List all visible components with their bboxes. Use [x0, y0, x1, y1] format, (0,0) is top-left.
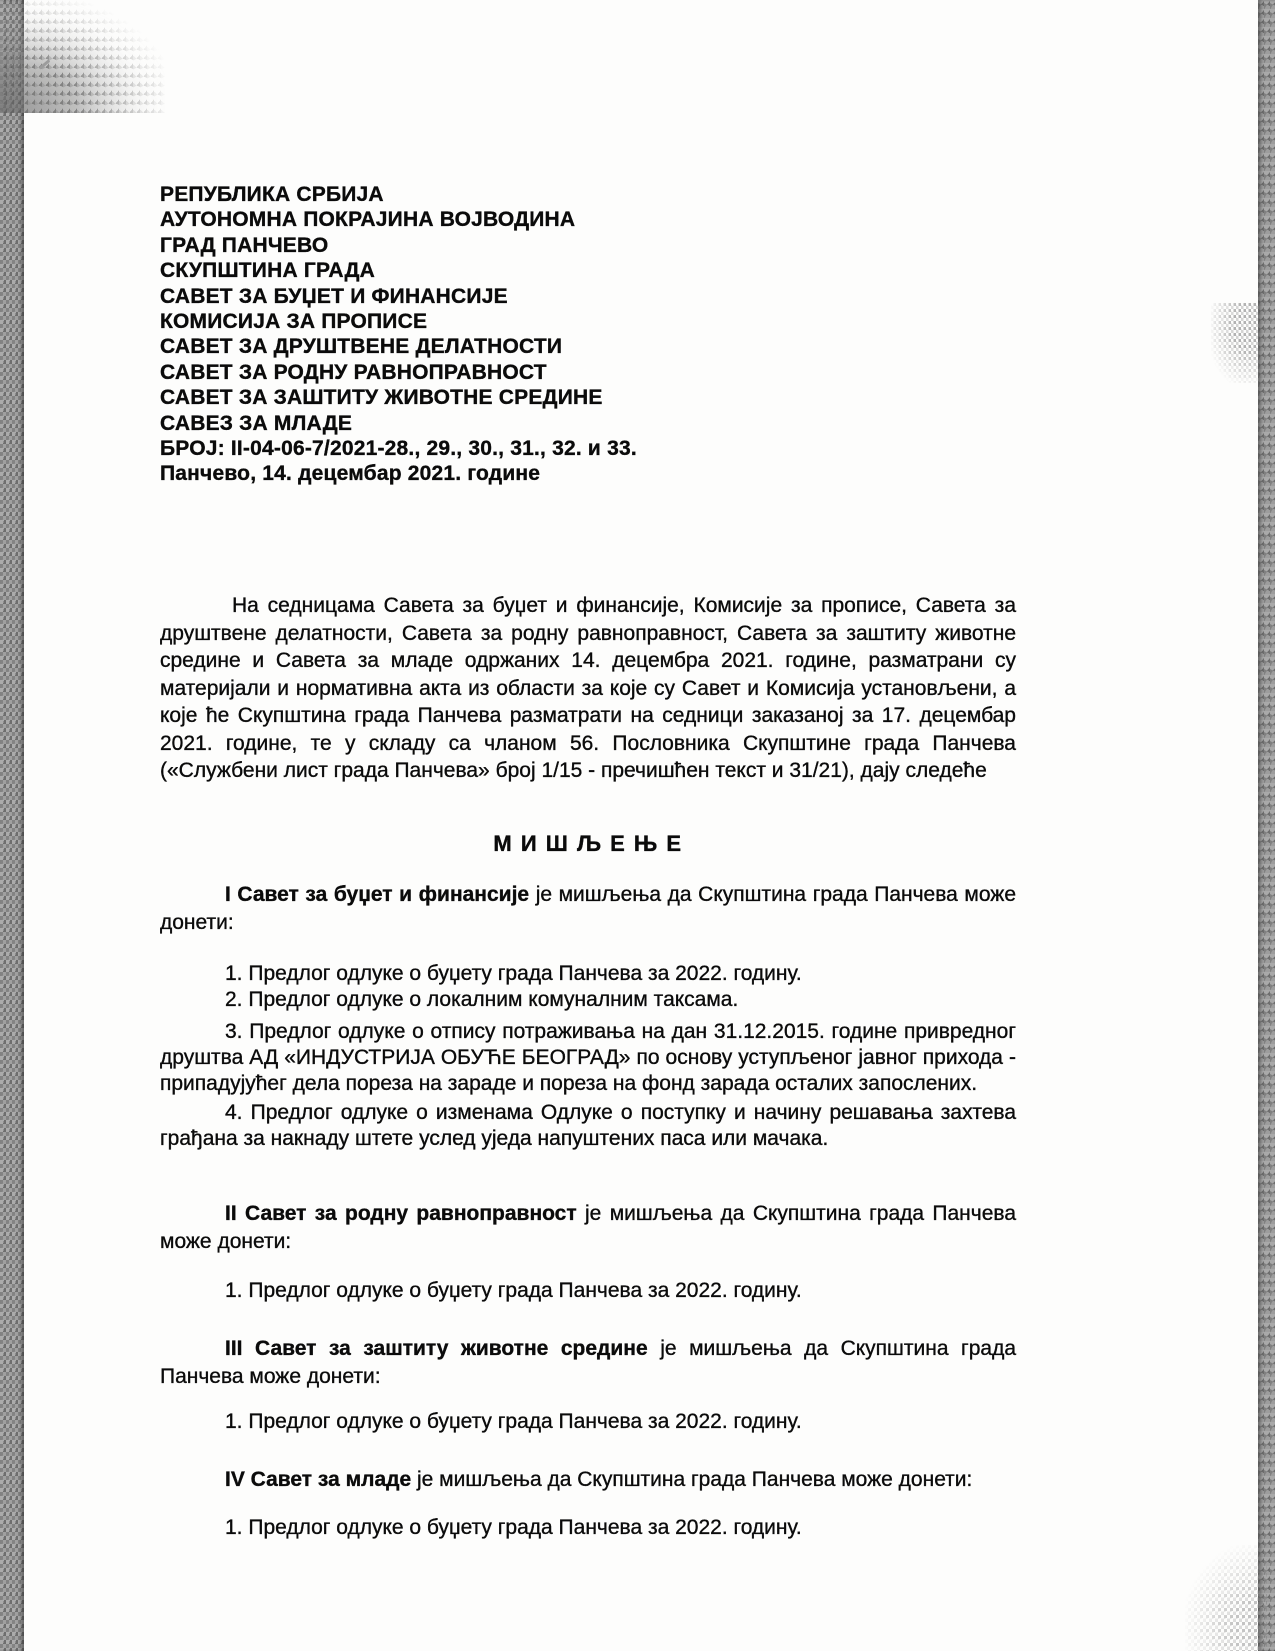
section-2-title: II Савет за родну равноправност — [225, 1202, 577, 1225]
document-letterhead: РЕПУБЛИКА СРБИЈА АУТОНОМНА ПОКРАЈИНА ВОЈ… — [160, 182, 1016, 487]
letterhead-line-province: АУТОНОМНА ПОКРАЈИНА ВОЈВОДИНА — [160, 207, 1016, 232]
list-item: 4. Предлог одлуке о изменама Одлуке о по… — [160, 1100, 1016, 1152]
list-item: 2. Предлог одлуке о локалним комуналним … — [160, 987, 1016, 1013]
list-item: 1. Предлог одлуке о буџету града Панчева… — [160, 1278, 1016, 1304]
opinion-heading: М И Ш Љ Е Њ Е — [160, 831, 1016, 857]
letterhead-line-place-date: Панчево, 14. децембар 2021. године — [160, 461, 1016, 486]
section-1-list: 1. Предлог одлуке о буџету града Панчева… — [160, 961, 1016, 1152]
list-item: 1. Предлог одлуке о буџету града Панчева… — [160, 1515, 1016, 1541]
section-1-heading: I Савет за буџет и финансије је мишљења … — [160, 881, 1016, 936]
letterhead-line-council-gender: САВЕТ ЗА РОДНУ РАВНОПРАВНОСТ — [160, 360, 1016, 385]
letterhead-line-city: ГРАД ПАНЧЕВО — [160, 233, 1016, 258]
letterhead-line-assembly: СКУПШТИНА ГРАДА — [160, 258, 1016, 283]
letterhead-line-commission-rules: КОМИСИЈА ЗА ПРОПИСЕ — [160, 309, 1016, 334]
scan-edge-left — [0, 0, 24, 1651]
scanned-document-page: РЕПУБЛИКА СРБИЈА АУТОНОМНА ПОКРАЈИНА ВОЈ… — [0, 0, 1275, 1651]
letterhead-line-number: БРОЈ: II-04-06-7/2021-28., 29., 30., 31.… — [160, 436, 1016, 461]
list-item: 1. Предлог одлуке о буџету града Панчева… — [160, 1409, 1016, 1435]
section-4-heading-rest: је мишљења да Скупштина града Панчева мо… — [411, 1468, 972, 1491]
letterhead-line-republic: РЕПУБЛИКА СРБИЈА — [160, 182, 1016, 207]
section-4-title: IV Савет за младе — [225, 1468, 411, 1491]
section-4-heading: IV Савет за младе је мишљења да Скупштин… — [160, 1466, 1016, 1494]
intro-paragraph: На седницама Савета за буџет и финансије… — [160, 592, 1016, 785]
letterhead-line-council-environment: САВЕТ ЗА ЗАШТИТУ ЖИВОТНЕ СРЕДИНЕ — [160, 385, 1016, 410]
letterhead-line-youth-union: САВЕЗ ЗА МЛАДЕ — [160, 411, 1016, 436]
letterhead-line-council-social: САВЕТ ЗА ДРУШТВЕНЕ ДЕЛАТНОСТИ — [160, 334, 1016, 359]
section-3-title: III Савет за заштиту животне средине — [225, 1337, 648, 1360]
section-3-heading: III Савет за заштиту животне средине је … — [160, 1335, 1016, 1390]
list-item: 3. Предлог одлуке о отпису потраживања н… — [160, 1019, 1016, 1097]
list-item: 1. Предлог одлуке о буџету града Панчева… — [160, 961, 1016, 987]
scan-smudge-bottom-right — [1185, 1545, 1267, 1651]
section-1-title: I Савет за буџет и финансије — [225, 883, 529, 906]
letterhead-line-council-budget: САВЕТ ЗА БУЏЕТ И ФИНАНСИЈЕ — [160, 284, 1016, 309]
section-2-heading: II Савет за родну равноправност је мишље… — [160, 1200, 1016, 1255]
scan-smudge-bottom-left — [0, 0, 165, 113]
scan-smudge-right — [1211, 303, 1259, 383]
scan-edge-right — [1258, 0, 1275, 1651]
